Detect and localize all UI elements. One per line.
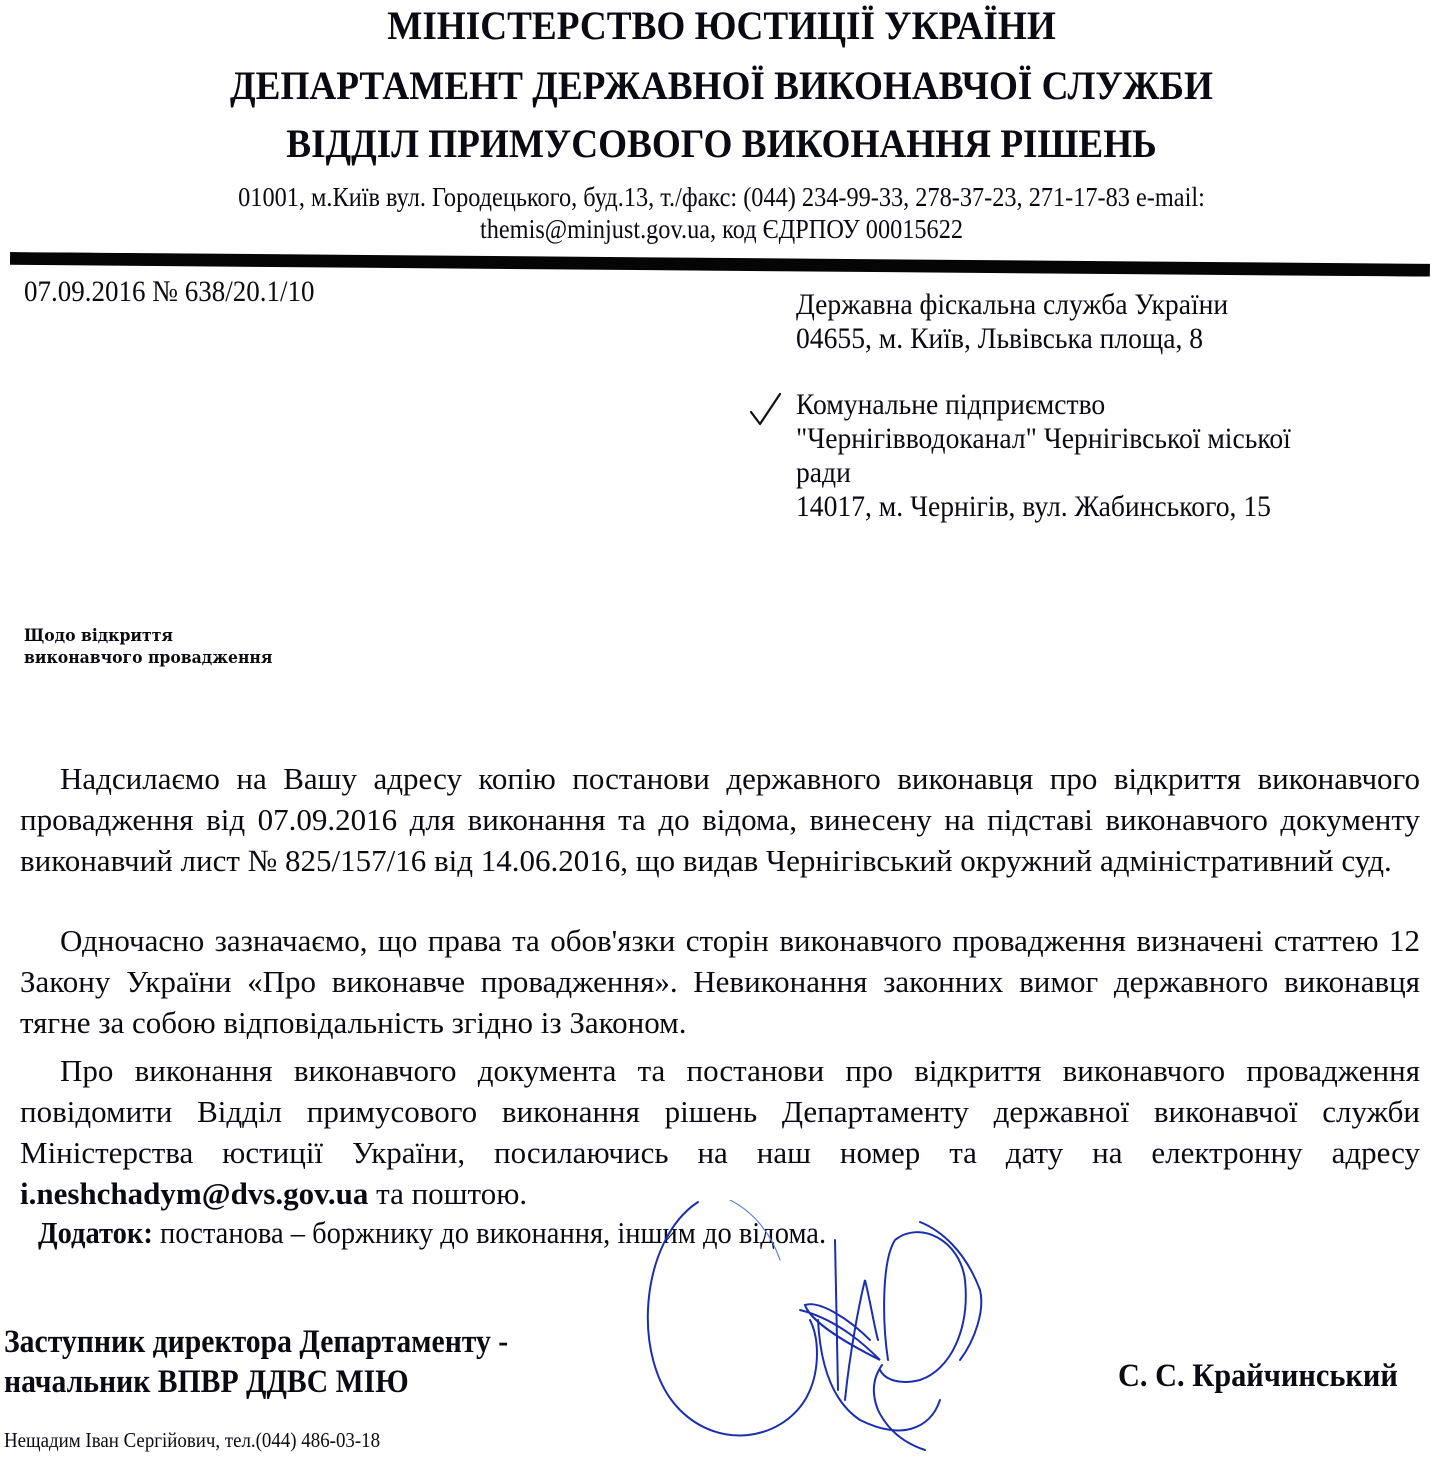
department-name: ДЕПАРТАМЕНТ ДЕРЖАВНОЇ ВИКОНАВЧОЇ СЛУЖБИ	[51, 62, 1393, 109]
outgoing-reference: 07.09.2016 № 638/20.1/10	[24, 275, 315, 309]
letter-subject: Щодо відкриття виконавчого провадження	[24, 625, 272, 669]
paragraph-text: Одночасно зазначаємо, що права та обов'я…	[20, 923, 1420, 1040]
paragraph-text: Про виконання виконавчого документа та п…	[20, 1053, 1420, 1170]
addressee-vodokanal: Комунальне підприємство "Чернігівводокан…	[796, 388, 1291, 524]
paragraph-text: Надсилаємо на Вашу адресу копію постанов…	[20, 761, 1420, 878]
addressee-tax-service: Державна фіскальна служба України 04655,…	[796, 288, 1228, 356]
paragraph-text-tail: та поштою.	[368, 1176, 527, 1211]
annex-line: Додаток: постанова – боржнику до виконан…	[38, 1215, 826, 1251]
division-name: ВІДДІЛ ПРИМУСОВОГО ВИКОНАННЯ РІШЕНЬ	[51, 120, 1393, 167]
annex-text: постанова – боржнику до виконання, іншим…	[153, 1215, 826, 1250]
ministry-name: МІНІСТЕРСТВО ЮСТИЦІЇ УКРАЇНИ	[51, 2, 1393, 49]
signatory-title-line: начальник ВПВР ДДВС МІЮ	[4, 1362, 508, 1402]
contact-email-line: themis@minjust.gov.ua, код ЄДРПОУ 000156…	[72, 214, 1371, 245]
contact-address-line: 01001, м.Київ вул. Городецького, буд.13,…	[72, 182, 1371, 213]
subject-line: Щодо відкриття	[24, 625, 272, 647]
addressee-line: 14017, м. Чернігів, вул. Жабинського, 15	[796, 490, 1291, 524]
checkmark-icon	[748, 392, 784, 428]
signatory-title: Заступник директора Департаменту - начал…	[4, 1322, 508, 1402]
contact-email-link[interactable]: i.neshchadym@dvs.gov.ua	[20, 1176, 368, 1211]
header-divider	[10, 252, 1430, 277]
addressee-line: ради	[796, 456, 1291, 490]
addressee-line: Державна фіскальна служба України	[796, 288, 1228, 322]
body-paragraph-2: Одночасно зазначаємо, що права та обов'я…	[20, 920, 1420, 1043]
executor-contact: Нещадим Іван Сергійович, тел.(044) 486-0…	[4, 1428, 380, 1453]
annex-label: Додаток:	[38, 1215, 153, 1250]
signatory-title-line: Заступник директора Департаменту -	[4, 1322, 508, 1362]
addressee-line: "Чернігівводоканал" Чернігівської місько…	[796, 422, 1291, 456]
body-paragraph-3: Про виконання виконавчого документа та п…	[20, 1050, 1420, 1214]
signatory-name: С. С. Крайчинський	[1118, 1358, 1398, 1395]
body-paragraph-1: Надсилаємо на Вашу адресу копію постанов…	[20, 758, 1420, 881]
addressee-line: 04655, м. Київ, Львівська площа, 8	[796, 322, 1228, 356]
subject-line: виконавчого провадження	[24, 647, 272, 669]
addressee-line: Комунальне підприємство	[796, 388, 1291, 422]
